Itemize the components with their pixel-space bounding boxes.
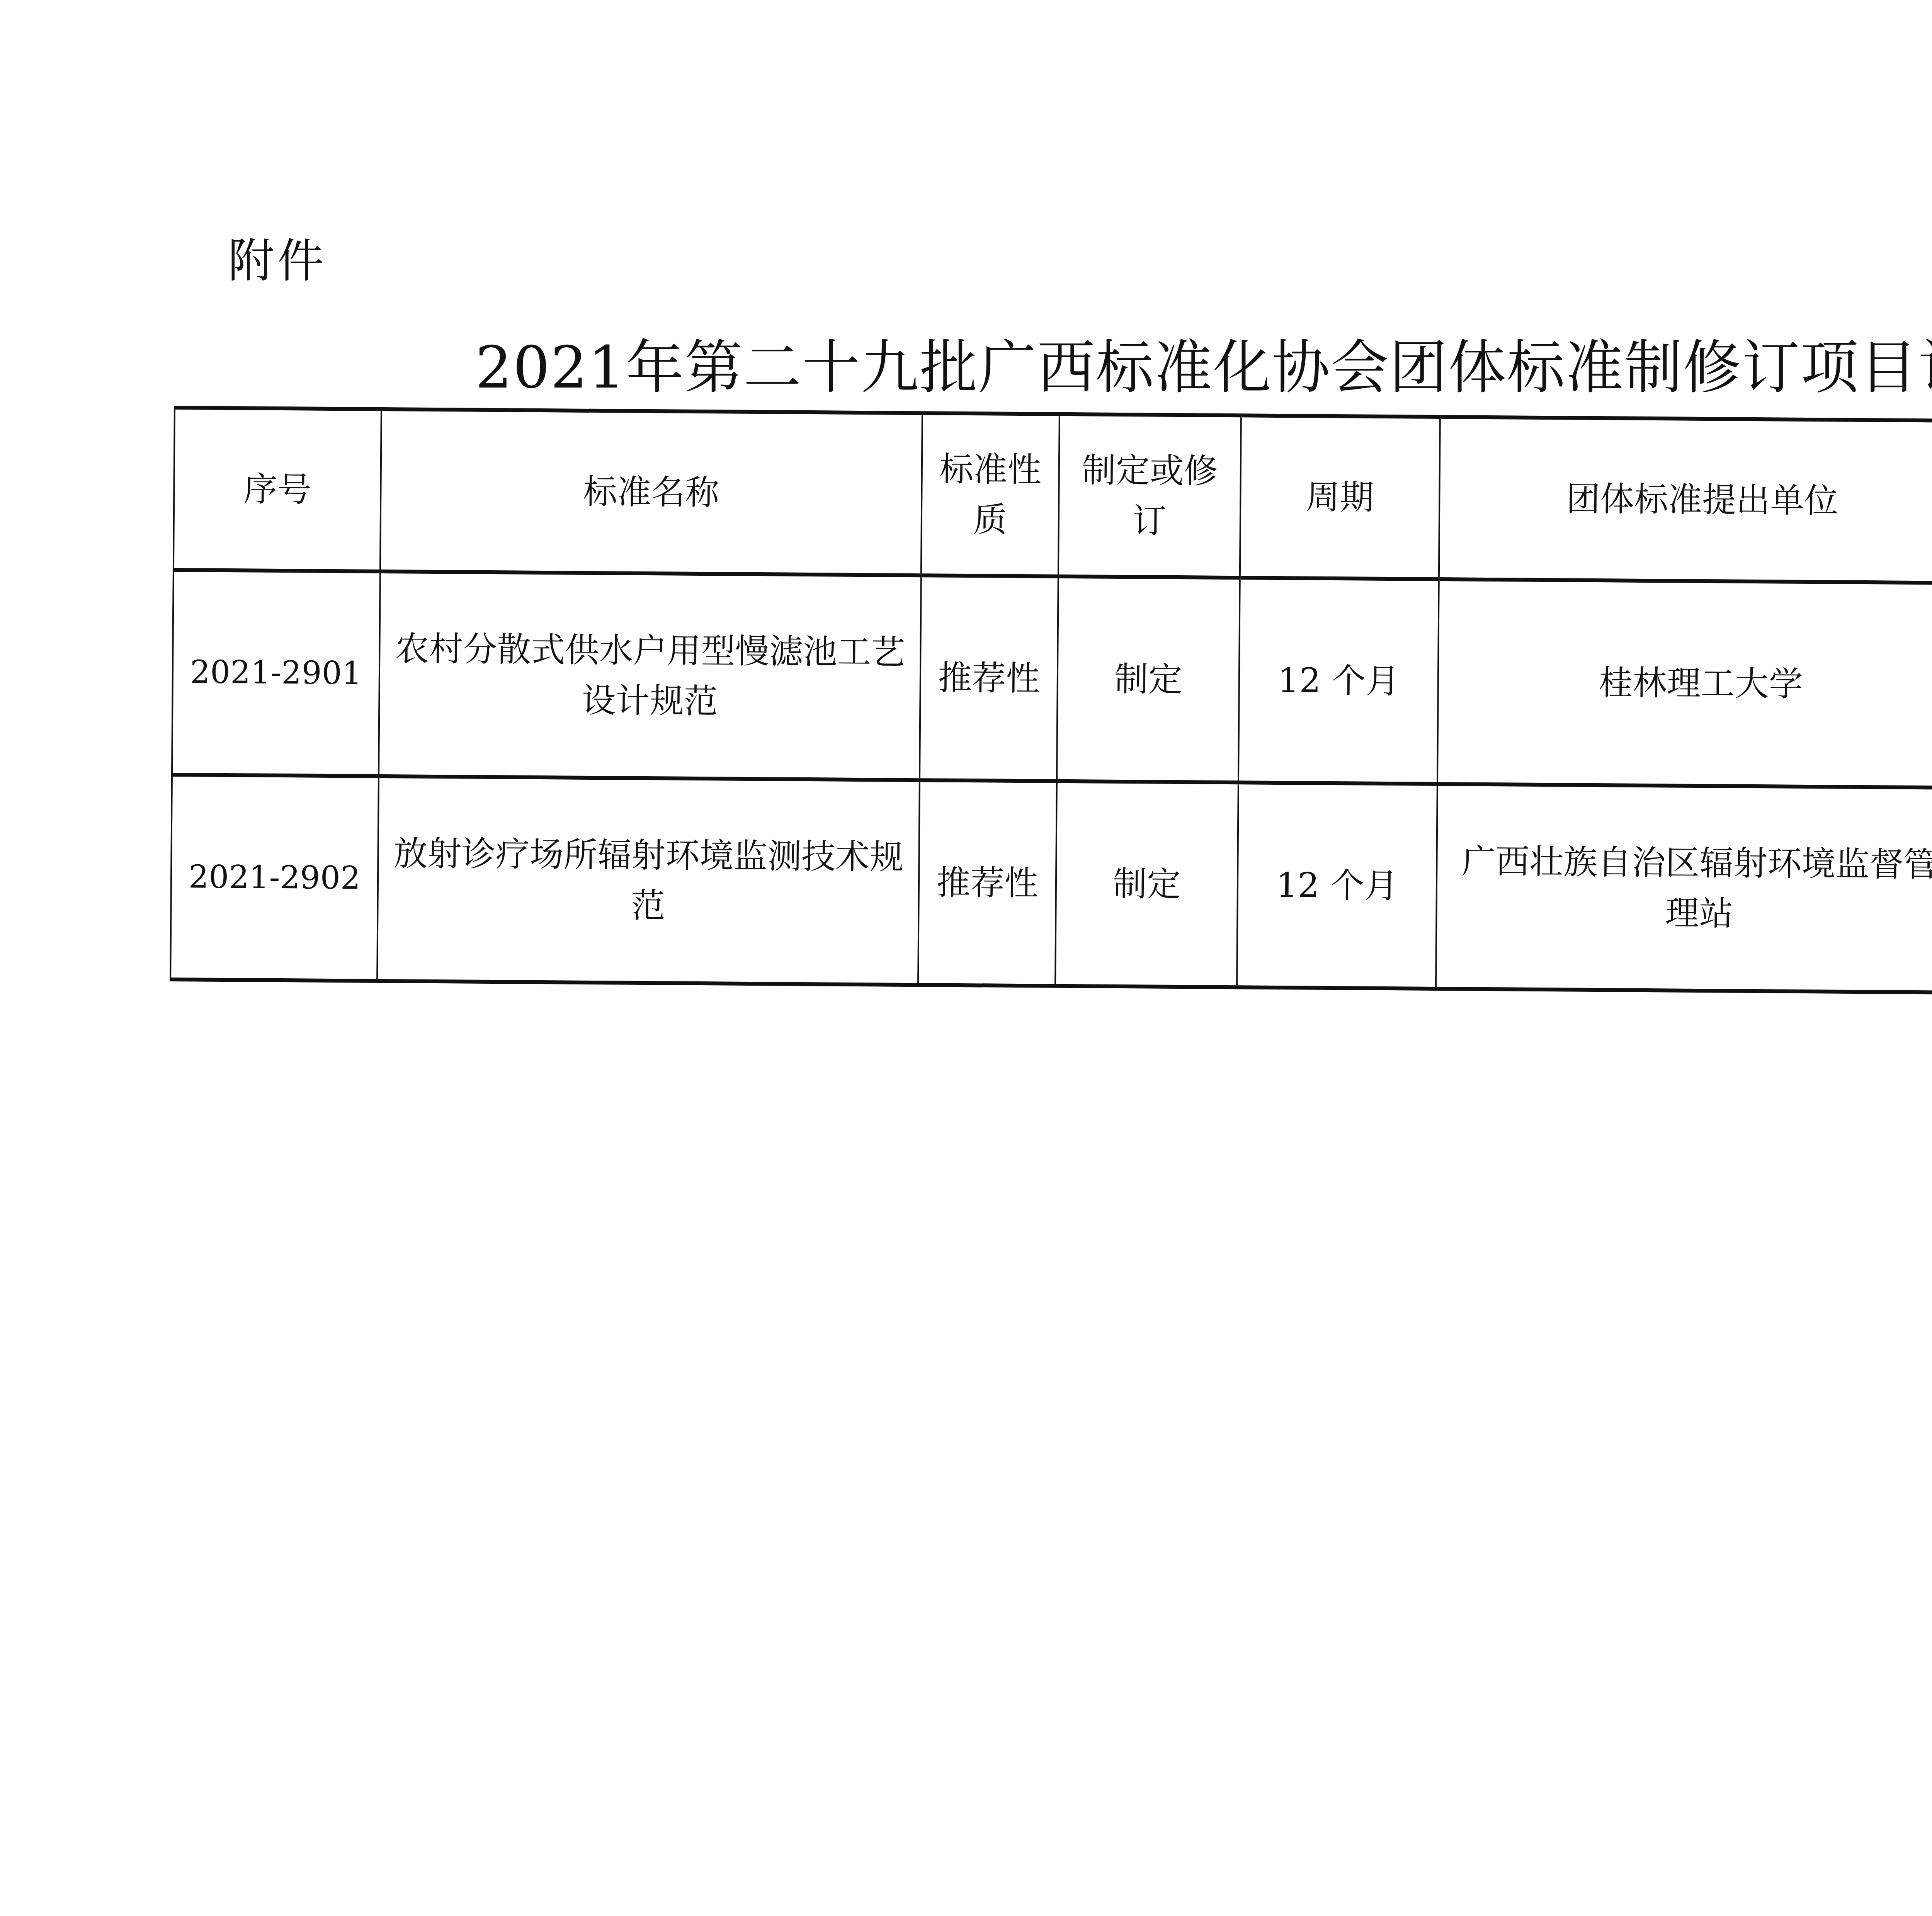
cell-standard-name: 放射诊疗场所辐射环境监测技术规范	[377, 776, 920, 985]
cell-proposing-unit: 广西壮族自治区辐射环境监督管理站	[1436, 784, 1932, 993]
table-row: 2021-2902 放射诊疗场所辐射环境监测技术规范 推荐性 制定 12 个月 …	[170, 775, 1932, 996]
project-plan-table: 序号 标准名称 标准性质 制定或修订 周期 团体标准提出单位 主要负责起草单位 …	[170, 406, 1932, 998]
header-standard-nature: 标准性质	[921, 413, 1060, 576]
header-period: 周期	[1240, 415, 1440, 579]
cell-type: 制定	[1057, 576, 1240, 782]
document-title: 2021年第二十九批广西标准化协会团体标准制修订项目计划汇总表	[475, 321, 1932, 404]
header-formulate-or-revise: 制定或修订	[1058, 414, 1241, 578]
cell-serial: 2021-2901	[172, 570, 380, 776]
attachment-label: 附件	[228, 224, 327, 291]
header-proposing-unit: 团体标准提出单位	[1439, 417, 1932, 583]
cell-standard-nature: 推荐性	[920, 575, 1058, 781]
header-standard-name: 标准名称	[380, 409, 922, 575]
cell-proposing-unit: 桂林理工大学	[1437, 579, 1932, 788]
cell-standard-nature: 推荐性	[918, 780, 1057, 986]
cell-type: 制定	[1055, 781, 1238, 987]
table-header-row: 序号 标准名称 标准性质 制定或修订 周期 团体标准提出单位 主要负责起草单位	[173, 408, 1932, 587]
header-serial: 序号	[173, 408, 381, 571]
cell-period: 12 个月	[1237, 782, 1437, 989]
cell-serial: 2021-2902	[170, 775, 379, 981]
table-row: 2021-2901 农村分散式供水户用型慢滤池工艺设计规范 推荐性 制定 12 …	[172, 570, 1932, 792]
cell-standard-name: 农村分散式供水户用型慢滤池工艺设计规范	[379, 571, 921, 780]
cell-period: 12 个月	[1238, 578, 1439, 784]
